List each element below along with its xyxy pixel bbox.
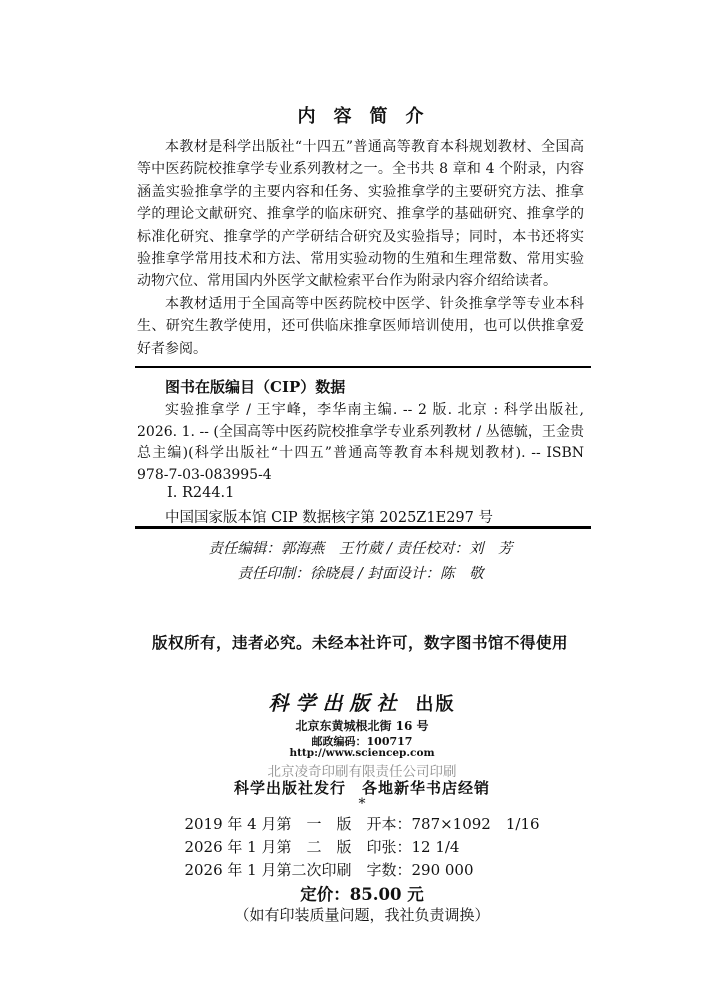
cip-heading: 图书在版编目（CIP）数据 <box>165 376 345 397</box>
cip-class-code: Ⅰ. R244.1 <box>167 485 234 501</box>
edition-line-1: 2019 年 4 月第 一 版 开本：787×1092 1/16 <box>184 813 539 836</box>
divider-bottom <box>135 526 591 529</box>
staff-credits: 责任编辑：郭海燕 王竹葳 / 责任校对：刘 芳 责任印制：徐晓晨 / 封面设计：… <box>137 537 584 587</box>
copyright-notice: 版权所有，违者必究。未经本社许可，数字图书馆不得使用 <box>0 631 720 653</box>
printing-details: 2019 年 4 月第 一 版 开本：787×1092 1/16 2026 年 … <box>0 813 720 882</box>
cip-registry-number: 中国国家版本馆 CIP 数据核字第 2025Z1E297 号 <box>165 506 493 527</box>
publisher-logo: 科学出版社 <box>269 691 404 715</box>
staff-print-design-line: 责任印制：徐晓晨 / 封面设计：陈 敬 <box>137 562 584 587</box>
publish-label: 出版 <box>416 694 456 715</box>
website-url: http://www.sciencep.com <box>0 747 720 759</box>
asterisk-separator: * <box>0 796 720 812</box>
price-line: 定价：85.00 元 <box>0 881 720 905</box>
exchange-note: （如有印装质量问题，我社负责调换） <box>0 904 720 925</box>
content-summary-title: 内 容 简 介 <box>137 102 584 128</box>
cip-record: 实验推拿学 / 王宇峰，李华南主编. -- 2 版. 北京 : 科学出版社, 2… <box>137 400 584 486</box>
intro-paragraph-1: 本教材是科学出版社“十四五”普通高等教育本科规划教材、全国高等中医药院校推拿学专… <box>137 136 584 293</box>
divider-top <box>135 366 591 368</box>
edition-line-2: 2026 年 1 月第 二 版 印张：12 1/4 <box>184 836 539 859</box>
staff-editors-line: 责任编辑：郭海燕 王竹葳 / 责任校对：刘 芳 <box>137 537 584 562</box>
distribution-line: 科学出版社发行 各地新华书店经销 <box>0 777 720 798</box>
book-copyright-page: 内 容 简 介 本教材是科学出版社“十四五”普通高等教育本科规划教材、全国高等中… <box>0 0 720 1000</box>
edition-line-3: 2026 年 1 月第二次印刷 字数：290 000 <box>184 859 539 882</box>
intro-paragraph-2: 本教材适用于全国高等中医药院校中医学、针灸推拿学等专业本科生、研究生教学使用，还… <box>137 293 584 360</box>
publisher-line: 科学出版社出版 <box>0 687 720 716</box>
content-summary-block: 本教材是科学出版社“十四五”普通高等教育本科规划教材、全国高等中医药院校推拿学专… <box>137 136 584 360</box>
publisher-address: 北京东黄城根北街 16 号 <box>0 717 720 734</box>
